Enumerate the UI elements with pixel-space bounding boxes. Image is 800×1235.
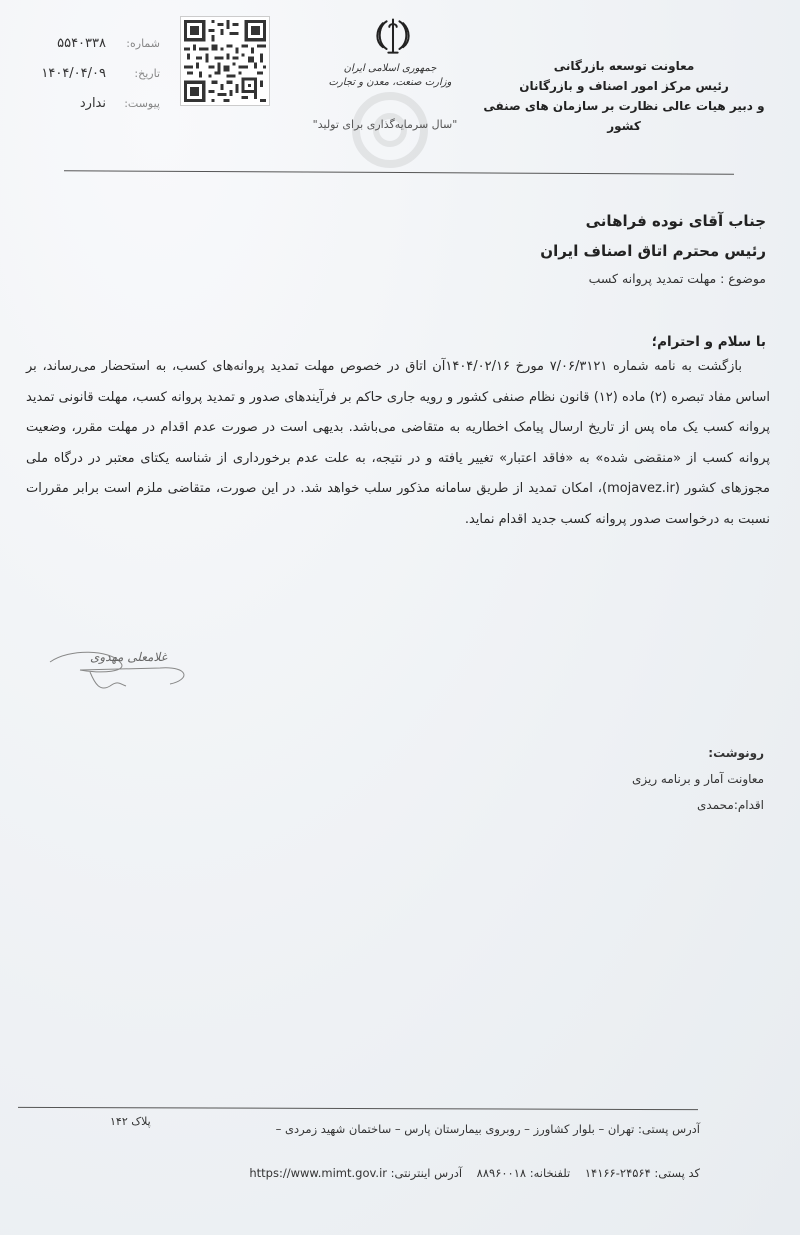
signature-scribble-icon	[40, 640, 210, 700]
sender-heading: معاونت توسعه بازرگانی رئیس مرکز امور اصن…	[474, 56, 774, 136]
qr-code-icon	[180, 16, 270, 106]
letter-page: شماره: ۵۵۴۰۳۳۸ تاریخ: ۱۴۰۴/۰۴/۰۹ پیوست: …	[0, 0, 800, 1235]
letter-date-value: ۱۴۰۴/۰۴/۰۹	[41, 66, 106, 81]
letter-body: بازگشت به نامه شماره ۷/۰۶/۳۱۲۱ مورخ ۱۴۰۴…	[26, 352, 770, 535]
signature: غلامعلی مهدوی	[40, 640, 210, 700]
cc-block: رونوشت: معاونت آمار و برنامه ریزی اقدام:…	[504, 740, 764, 818]
letter-number-value: ۵۵۴۰۳۳۸	[57, 36, 106, 51]
letter-metadata: شماره: ۵۵۴۰۳۳۸ تاریخ: ۱۴۰۴/۰۴/۰۹ پیوست: …	[20, 28, 160, 118]
postal-code: کد پستی: ۲۴۵۶۴-۱۴۱۶۶	[585, 1166, 700, 1180]
letter-date-label: تاریخ:	[114, 67, 160, 80]
letter-subject: موضوع : مهلت تمدید پروانه کسب	[366, 266, 766, 292]
cc-action: اقدام:محمدی	[504, 792, 764, 818]
letter-greeting: با سلام و احترام؛	[652, 334, 766, 350]
postal-address: آدرس پستی: تهران – بلوار کشاورز – روبروی…	[276, 1122, 700, 1136]
footer-plaque: پلاک ۱۴۲	[110, 1115, 151, 1128]
footer-address: آدرس پستی: تهران – بلوار کشاورز – روبروی…	[276, 1122, 700, 1136]
letter-number-label: شماره:	[114, 37, 160, 50]
year-slogan: "سال سرمایه‌گذاری برای تولید"	[280, 118, 490, 131]
letter-date-row: تاریخ: ۱۴۰۴/۰۴/۰۹	[20, 58, 160, 88]
letter-attachment-row: پیوست: ندارد	[20, 88, 160, 118]
footer-contact: کد پستی: ۲۴۵۶۴-۱۴۱۶۶ تلفنخانه: ۸۸۹۶۰۰۱۸ …	[249, 1166, 700, 1180]
cc-recipient: معاونت آمار و برنامه ریزی	[504, 766, 764, 792]
addressee-name: جناب آقای نوده فراهانی	[366, 206, 766, 236]
letter-attachment-value: ندارد	[80, 96, 106, 111]
sender-line-1: معاونت توسعه بازرگانی	[474, 56, 774, 76]
iran-emblem-icon	[370, 14, 416, 60]
letter-attachment-label: پیوست:	[114, 97, 160, 110]
website-link[interactable]: https://www.mimt.gov.ir	[249, 1166, 387, 1180]
ministry-line-2: وزارت صنعت، معدن و تجارت	[310, 76, 470, 90]
ministry-line-1: جمهوری اسلامی ایران	[310, 62, 470, 76]
phone-number: تلفنخانه: ۸۸۹۶۰۰۱۸	[477, 1166, 571, 1180]
sender-line-3: و دبیر هیات عالی نظارت بر سازمان های صنف…	[474, 96, 774, 136]
addressee-block: جناب آقای نوده فراهانی رئیس محترم اتاق ا…	[366, 206, 766, 292]
web-label: آدرس اینترنتی:	[391, 1166, 462, 1180]
header-divider	[64, 170, 734, 175]
ministry-heading: جمهوری اسلامی ایران وزارت صنعت، معدن و ت…	[310, 62, 470, 90]
cc-title: رونوشت:	[504, 740, 764, 766]
letter-number-row: شماره: ۵۵۴۰۳۳۸	[20, 28, 160, 58]
footer-divider	[18, 1107, 698, 1110]
addressee-title: رئیس محترم اتاق اصناف ایران	[366, 236, 766, 266]
sender-line-2: رئیس مرکز امور اصناف و بازرگانان	[474, 76, 774, 96]
signatory-name: غلامعلی مهدوی	[90, 650, 167, 664]
